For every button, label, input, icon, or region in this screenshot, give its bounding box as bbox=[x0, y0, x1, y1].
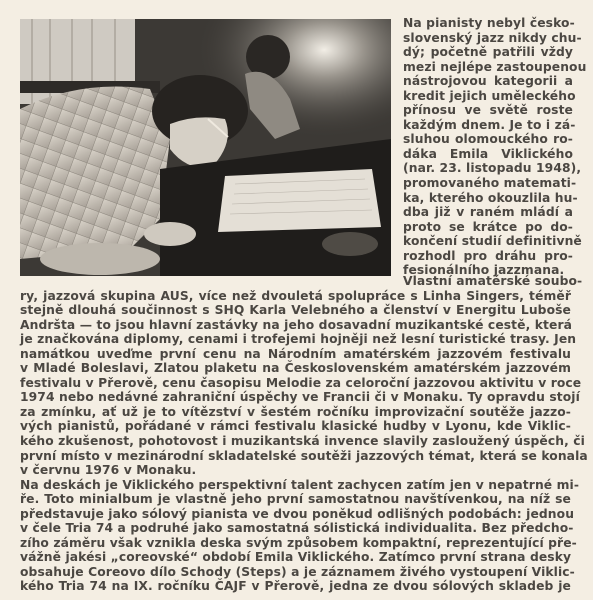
body-line: Andršta — to jsou hlavní zastávky na jeh… bbox=[20, 318, 571, 333]
body-line: představuje jako sólový pianista ve dvou… bbox=[20, 507, 571, 522]
intro-line: přínosu ve světě roste bbox=[403, 103, 573, 118]
body-line: ry, jazzová skupina AUS, více než dvoule… bbox=[20, 289, 571, 304]
body-line: zího záměru však vznikla deska svým způs… bbox=[20, 536, 571, 551]
intro-line: kredit jejich uměleckého bbox=[403, 89, 573, 104]
body-line: 1974 nebo nedávné zahraniční úspěchy ve … bbox=[20, 390, 571, 405]
intro-line: mezi nejlépe zastoupenou bbox=[403, 60, 573, 75]
body-line: stejně dlouhá součinnost s SHQ Karla Vel… bbox=[20, 303, 571, 318]
intro-line: dý; početně patřili vždy bbox=[403, 45, 573, 60]
body-line: v červnu 1976 v Monaku. bbox=[20, 463, 571, 478]
body-line: první místo v mezinárodní skladatelské s… bbox=[20, 449, 571, 464]
transition-line: Vlastní amatérské soubo- bbox=[20, 274, 571, 289]
body-line: v Mladé Boleslavi, Zlatou plaketu na Čes… bbox=[20, 361, 571, 376]
body-line: vých pianistů, pořádané v rámci festival… bbox=[20, 419, 571, 434]
body-line: za zmínku, ať už je to vítězství v šesté… bbox=[20, 405, 571, 420]
body-line: je značkována diplomy, cenami i trofejem… bbox=[20, 332, 571, 347]
intro-line: končení studií definitivně bbox=[403, 234, 573, 249]
intro-column: Na pianisty nebyl česko-slovenský jazz n… bbox=[403, 16, 573, 278]
pianist-photo bbox=[20, 19, 391, 276]
photo-image bbox=[20, 19, 391, 276]
body-line: vážně jakési „coreovské“ období Emila Vi… bbox=[20, 550, 571, 565]
intro-line: slovenský jazz nikdy chu- bbox=[403, 31, 573, 46]
body-line: festivalu v Přerově, cenu časopisu Melod… bbox=[20, 376, 571, 391]
body-line: kého zkušenost, pohotovost i muzikantská… bbox=[20, 434, 571, 449]
intro-line: každým dnem. Je to i zá- bbox=[403, 118, 573, 133]
intro-line: Na pianisty nebyl česko- bbox=[403, 16, 573, 31]
intro-line: promovaného matemati- bbox=[403, 176, 573, 191]
intro-line: ka, kterého okouzlila hu- bbox=[403, 191, 573, 206]
body-line: namátkou uveďme první cenu na Národním a… bbox=[20, 347, 571, 362]
body-line: obsahuje Coreovo dílo Schody (Steps) a j… bbox=[20, 565, 571, 580]
intro-line: proto se krátce po do- bbox=[403, 220, 573, 235]
body-line: Na deskách je Viklického perspektivní ta… bbox=[20, 478, 571, 493]
intro-line: nástrojovou kategorii a bbox=[403, 74, 573, 89]
body-line: ře. Toto minialbum je vlastně jeho první… bbox=[20, 492, 571, 507]
intro-line: sluhou olomouckého ro- bbox=[403, 132, 573, 147]
intro-line: dáka Emila Viklického bbox=[403, 147, 573, 162]
intro-line: dba již v raném mládí a bbox=[403, 205, 573, 220]
body-line: kého Tria 74 na IX. ročníku ČAJF v Přero… bbox=[20, 579, 571, 594]
body-line: v čele Tria 74 a podruhé jako samostatná… bbox=[20, 521, 571, 536]
article-body: Vlastní amatérské soubo-ry, jazzová skup… bbox=[20, 274, 571, 594]
intro-line: rozhodl pro dráhu pro- bbox=[403, 249, 573, 264]
intro-line: (nar. 23. listopadu 1948), bbox=[403, 161, 573, 176]
